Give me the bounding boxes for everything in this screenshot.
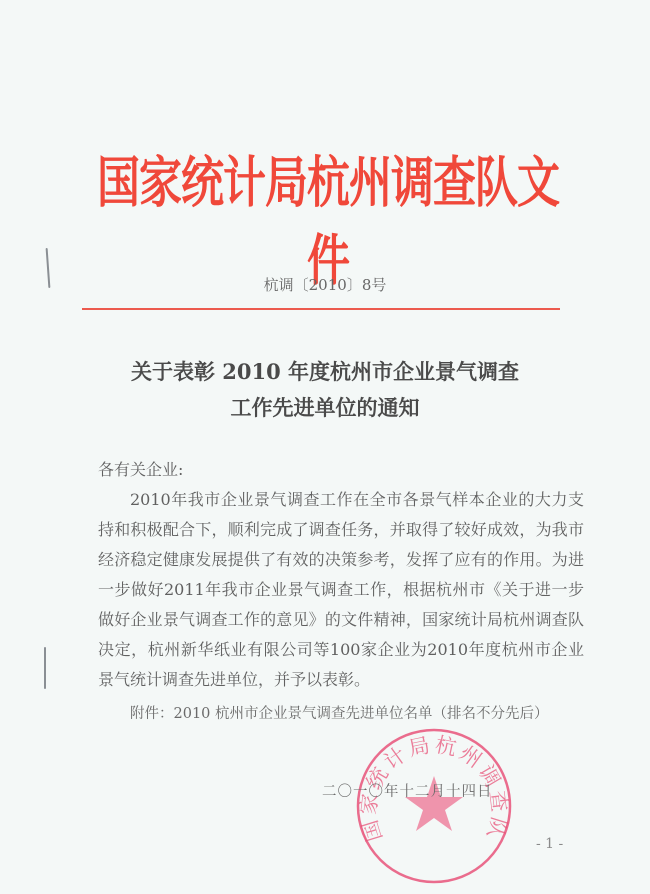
salutation: 各有关企业: [98, 455, 584, 485]
page-number: - 1 - [536, 836, 563, 852]
body-paragraph: 2010年我市企业景气调查工作在全市各景气样本企业的大力支持和积极配合下，顺利完… [98, 485, 584, 695]
issuer-banner: 国家统计局杭州调查队文件 [88, 140, 568, 296]
notice-title-line-2: 工作先进单位的通知 [0, 390, 650, 426]
notice-body: 各有关企业: 2010年我市企业景气调查工作在全市各景气样本企业的大力支持和积极… [98, 455, 584, 695]
document-page: 国家统计局杭州调查队文件 杭调〔2010〕8号 关于表彰 2010 年度杭州市企… [0, 0, 650, 894]
document-number: 杭调〔2010〕8号 [0, 274, 650, 295]
issue-date: 二〇一〇年十二月十四日 [322, 780, 493, 801]
notice-title-line-1: 关于表彰 2010 年度杭州市企业景气调查 [0, 354, 650, 390]
notice-title: 关于表彰 2010 年度杭州市企业景气调查 工作先进单位的通知 [0, 354, 650, 426]
red-divider-line [82, 308, 560, 310]
attachment-note: 附件：2010 杭州市企业景气调查先进单位名单（排名不分先后） [130, 702, 549, 723]
binding-mark-bottom [44, 647, 46, 689]
official-seal-icon: 国家统计局杭州调查队 [352, 724, 516, 888]
